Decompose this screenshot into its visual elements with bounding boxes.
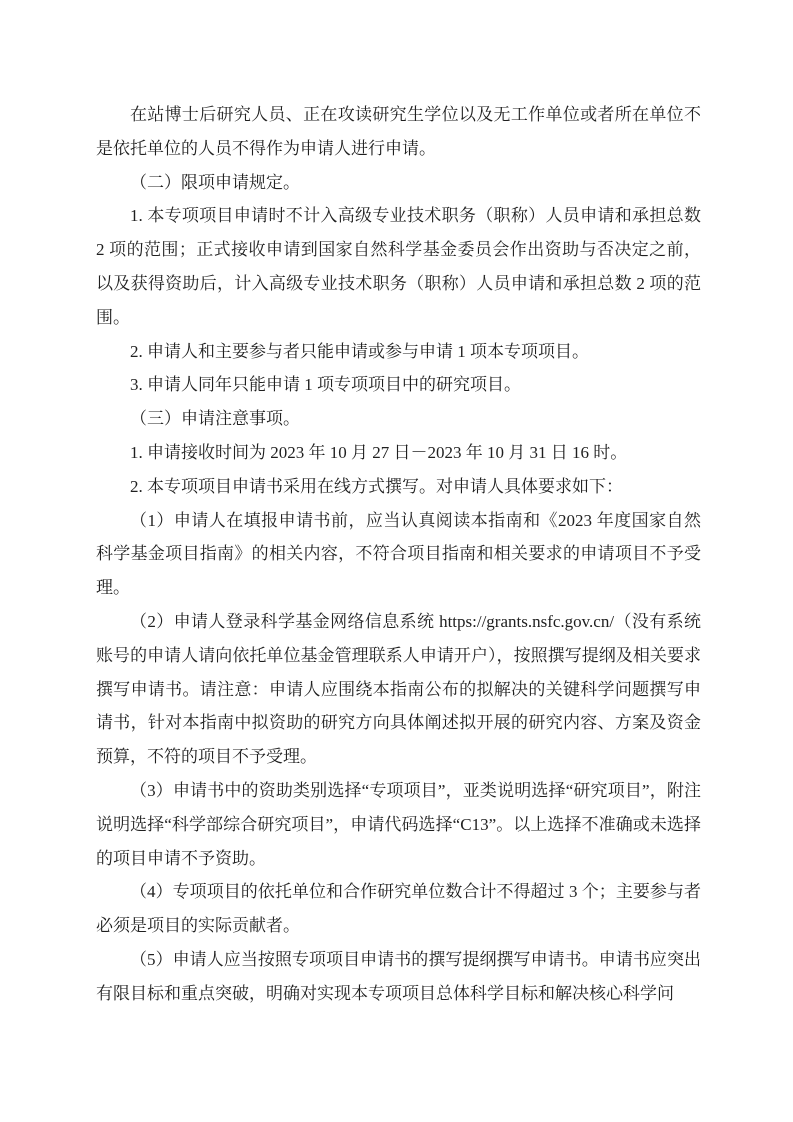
paragraph-continuation-applicant-restriction: 在站博士后研究人员、正在攻读研究生学位以及无工作单位或者所在单位不是依托单位的人… (96, 98, 701, 166)
heading-limit-application-rules: （二）限项申请规定。 (96, 166, 701, 200)
paragraph-limit-rule-3: 3. 申请人同年只能申请 1 项专项项目中的研究项目。 (96, 368, 701, 402)
paragraph-text: （没有系统账号的申请人请向依托单位基金管理联系人申请开户），按照撰写提纲及相关要… (96, 612, 701, 766)
heading-application-notes: （三）申请注意事项。 (96, 402, 701, 436)
paragraph-note-2-online-writing: 2. 本专项项目申请书采用在线方式撰写。对申请人具体要求如下： (96, 470, 701, 504)
paragraph-note-2-5-outline-truncated: （5）申请人应当按照专项项目申请书的撰写提纲撰写申请书。申请书应突出有限目标和重… (96, 943, 701, 1011)
paragraph-limit-rule-2: 2. 申请人和主要参与者只能申请或参与申请 1 项本专项项目。 (96, 335, 701, 369)
paragraph-note-2-4-unit-limit: （4）专项项目的依托单位和合作研究单位数合计不得超过 3 个；主要参与者必须是项… (96, 875, 701, 943)
paragraph-note-2-3-category-selection: （3）申请书中的资助类别选择“专项项目”，亚类说明选择“研究项目”，附注说明选择… (96, 774, 701, 875)
paragraph-note-2-1-read-guide: （1）申请人在填报申请书前，应当认真阅读本指南和《2023 年度国家自然科学基金… (96, 504, 701, 605)
paragraph-note-2-2-login-system: （2）申请人登录科学基金网络信息系统 https://grants.nsfc.g… (96, 605, 701, 774)
grants-system-url: https://grants.nsfc.gov.cn/ (439, 612, 614, 631)
paragraph-note-1-deadline: 1. 申请接收时间为 2023 年 10 月 27 日－2023 年 10 月 … (96, 436, 701, 470)
paragraph-limit-rule-1: 1. 本专项项目申请时不计入高级专业技术职务（职称）人员申请和承担总数 2 项的… (96, 199, 701, 334)
document-page: 在站博士后研究人员、正在攻读研究生学位以及无工作单位或者所在单位不是依托单位的人… (0, 0, 793, 1122)
paragraph-text: （2）申请人登录科学基金网络信息系统 (130, 612, 439, 631)
